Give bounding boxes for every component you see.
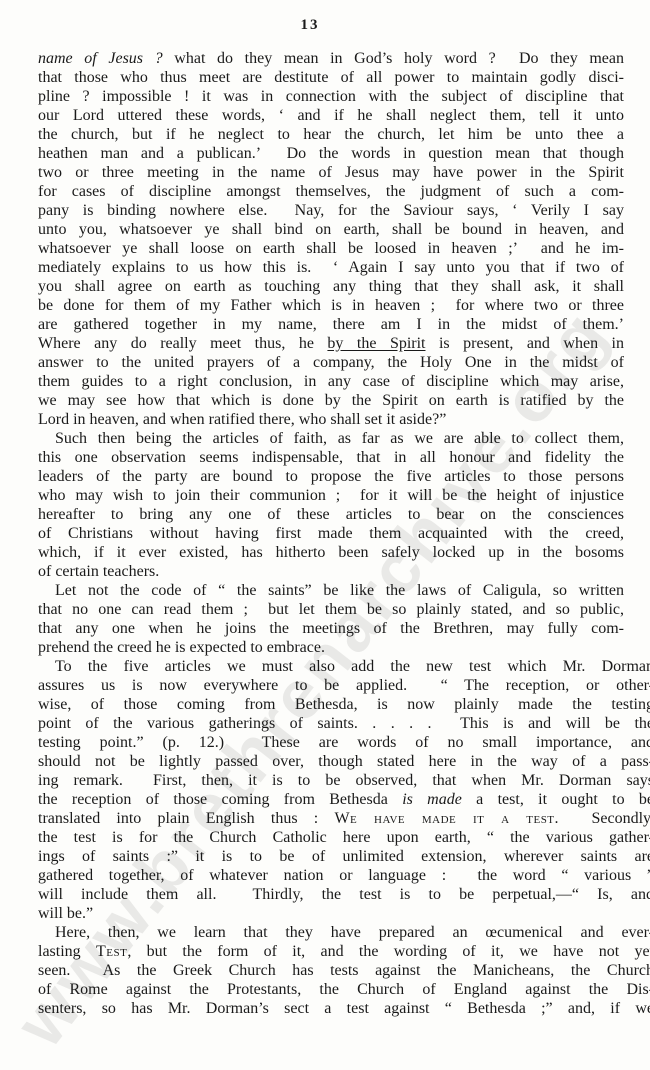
text-line: the reception of those coming from Bethe…: [38, 790, 650, 809]
text-line: Let not the code of “ the saints” be lik…: [38, 581, 624, 600]
text-line: will be.”: [38, 904, 650, 923]
small-caps-text: Test: [96, 943, 127, 960]
text-line: ing remark. First, then, it is to be obs…: [38, 771, 650, 790]
italic-text: name of Jesus ?: [38, 50, 163, 67]
text-segment: a test, it ought to be: [462, 791, 650, 808]
text-line: you shall agree on earth as touching any…: [38, 277, 624, 296]
text-line: Lord in heaven, and when ratified there,…: [38, 410, 624, 429]
text-line: lasting Test, but the form of it, and th…: [38, 942, 650, 961]
text-line: heathen man and a publican.’ Do the word…: [38, 144, 624, 163]
text-line: them guides to a right conclusion, in an…: [38, 372, 624, 391]
text-line: are gathered together in my name, there …: [38, 315, 624, 334]
text-line: assures us is now everywhere to be appli…: [38, 676, 650, 695]
text-line: that those who thus meet are destitute o…: [38, 68, 624, 87]
text-line: ings of saints :” it is to be of unlimit…: [38, 847, 650, 866]
text-line: prehend the creed he is expected to embr…: [38, 638, 624, 657]
text-line: hereafter to bring any one of these arti…: [38, 505, 624, 524]
text-segment: the reception of those coming from Bethe…: [38, 791, 402, 808]
text-line: gathered together, of whatever nation or…: [38, 866, 650, 885]
text-line: senters, so has Mr. Dorman’s sect a test…: [38, 999, 650, 1018]
page-number: 13: [0, 17, 620, 34]
text-line: we may see how that which is done by the…: [38, 391, 624, 410]
text-line: Where any do really meet thus, he by the…: [38, 334, 624, 353]
text-line: our Lord uttered these words, ‘ and if h…: [38, 106, 624, 125]
text-line: should not be lightly passed over, thoug…: [38, 752, 650, 771]
text-line: pline ? impossible ! it was in connectio…: [38, 87, 624, 106]
text-line: seen. As the Greek Church has tests agai…: [38, 961, 650, 980]
text-line: of certain teachers.: [38, 562, 624, 581]
paragraph: Let not the code of “ the saints” be lik…: [38, 581, 624, 657]
text-line: for cases of discipline amongst themselv…: [38, 182, 624, 201]
body-text: name of Jesus ? what do they mean in God…: [38, 49, 650, 1018]
text-line: answer to the united prayers of a compan…: [38, 353, 624, 372]
italic-text: is made: [402, 791, 462, 808]
text-line: Such then being the articles of faith, a…: [38, 429, 624, 448]
text-line: name of Jesus ? what do they mean in God…: [38, 49, 624, 68]
text-line: be done for them of my Father which is i…: [38, 296, 624, 315]
text-line: whatsoever ye shall loose on earth shall…: [38, 239, 624, 258]
text-line: which, if it ever existed, has hitherto …: [38, 543, 624, 562]
paragraph: Here, then, we learn that they have prep…: [38, 923, 650, 1018]
text-line: that any one when he joins the meetings …: [38, 619, 624, 638]
text-line: this one observation seems indispensable…: [38, 448, 624, 467]
text-line: To the five articles we must also add th…: [38, 657, 650, 676]
text-segment: , but the form of it, and the wording of…: [127, 943, 650, 960]
text-line: two or three meeting in the name of Jesu…: [38, 163, 624, 182]
text-line: will include them all. Thirdly, the test…: [38, 885, 650, 904]
text-line: the test is for the Church Catholic here…: [38, 828, 650, 847]
text-segment: lasting: [38, 943, 96, 960]
text-line: of Rome against the Protestants, the Chu…: [38, 980, 650, 999]
text-line: point of the various gatherings of saint…: [38, 714, 650, 733]
text-segment: Secondly,: [559, 810, 650, 827]
paragraph: Such then being the articles of faith, a…: [38, 429, 624, 581]
text-line: leaders of the party are bound to propos…: [38, 467, 624, 486]
underlined-text: by the Spirit: [327, 335, 425, 352]
text-line: testing point.” (p. 12.) These are words…: [38, 733, 650, 752]
text-line: that no one can read them ; but let them…: [38, 600, 624, 619]
paragraph: To the five articles we must also add th…: [38, 657, 650, 923]
text-line: wise, of those coming from Bethesda, is …: [38, 695, 650, 714]
text-line: of Christians without having first made …: [38, 524, 624, 543]
text-line: mediately explains to us how this is. ‘ …: [38, 258, 624, 277]
text-line: the church, but if he neglect to hear th…: [38, 125, 624, 144]
text-line: pany is binding nowhere else. Nay, for t…: [38, 201, 624, 220]
text-line: who may wish to join their communion ; f…: [38, 486, 624, 505]
text-line: unto you, whatsoever ye shall bind on ea…: [38, 220, 624, 239]
text-segment: Where any do really meet thus, he: [38, 335, 327, 352]
text-segment: what do they mean in God’s holy word ? D…: [163, 50, 624, 67]
paragraph: name of Jesus ? what do they mean in God…: [38, 49, 624, 429]
text-segment: translated into plain English thus :: [38, 810, 334, 827]
scanned-book-page: www.brethrenarchive.org 13 name of Jesus…: [0, 0, 650, 1070]
text-segment: is present, and when in: [426, 335, 625, 352]
text-line: Here, then, we learn that they have prep…: [38, 923, 650, 942]
small-caps-text: We have made it a test.: [334, 810, 559, 827]
text-line: translated into plain English thus : We …: [38, 809, 650, 828]
